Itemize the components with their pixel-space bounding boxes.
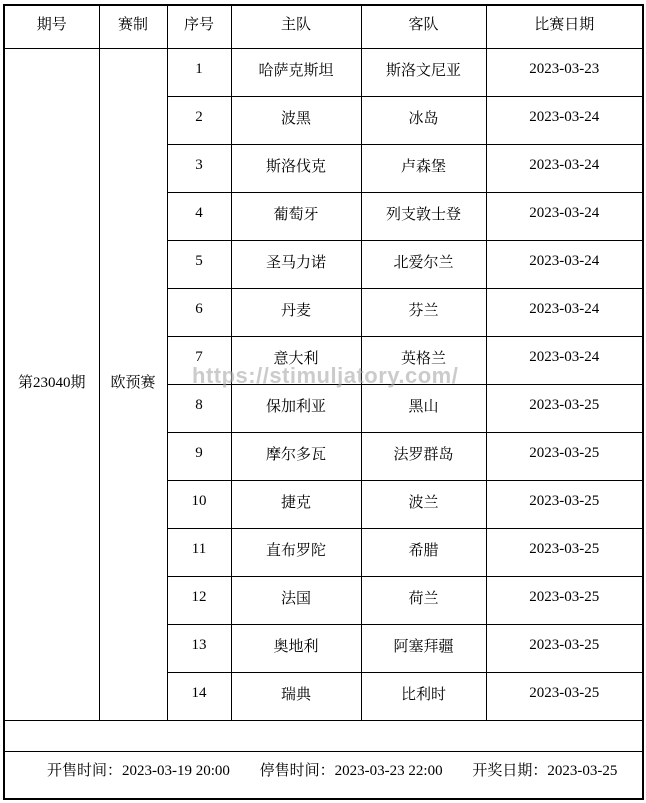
match-date-cell: 2023-03-24: [486, 336, 643, 384]
match-date-cell: 2023-03-25: [486, 624, 643, 672]
seq-cell: 9: [167, 432, 231, 480]
home-team-cell: 丹麦: [231, 288, 361, 336]
table-header-row: 期号 赛制 序号 主队 客队 比赛日期: [4, 5, 643, 48]
away-team-cell: 黑山: [361, 384, 486, 432]
away-team-cell: 斯洛文尼亚: [361, 48, 486, 96]
match-date-cell: 2023-03-24: [486, 144, 643, 192]
home-team-cell: 哈萨克斯坦: [231, 48, 361, 96]
match-date-cell: 2023-03-25: [486, 480, 643, 528]
sale-stop-time: 停售时间：2023-03-23 22:00: [260, 763, 443, 779]
match-date-cell: 2023-03-25: [486, 528, 643, 576]
match-date-cell: 2023-03-25: [486, 672, 643, 720]
home-team-cell: 奥地利: [231, 624, 361, 672]
away-team-cell: 北爱尔兰: [361, 240, 486, 288]
away-team-cell: 阿塞拜疆: [361, 624, 486, 672]
seq-cell: 14: [167, 672, 231, 720]
seq-cell: 8: [167, 384, 231, 432]
footer-row: 开售时间：2023-03-19 20:00 停售时间：2023-03-23 22…: [4, 751, 643, 799]
match-date-cell: 2023-03-24: [486, 240, 643, 288]
away-team-cell: 列支敦士登: [361, 192, 486, 240]
home-team-cell: 直布罗陀: [231, 528, 361, 576]
match-row: 第23040期 欧预赛 1 哈萨克斯坦 斯洛文尼亚 2023-03-23: [4, 48, 643, 96]
header-format: 赛制: [99, 5, 167, 48]
away-team-cell: 荷兰: [361, 576, 486, 624]
home-team-cell: 瑞典: [231, 672, 361, 720]
match-date-cell: 2023-03-25: [486, 432, 643, 480]
home-team-cell: 捷克: [231, 480, 361, 528]
header-period: 期号: [4, 5, 99, 48]
seq-cell: 11: [167, 528, 231, 576]
home-team-cell: 法国: [231, 576, 361, 624]
seq-cell: 7: [167, 336, 231, 384]
home-team-cell: 波黑: [231, 96, 361, 144]
away-team-cell: 法罗群岛: [361, 432, 486, 480]
home-team-cell: 摩尔多瓦: [231, 432, 361, 480]
home-team-cell: 保加利亚: [231, 384, 361, 432]
home-team-cell: 斯洛伐克: [231, 144, 361, 192]
footer-cell: 开售时间：2023-03-19 20:00 停售时间：2023-03-23 22…: [4, 751, 643, 799]
seq-cell: 1: [167, 48, 231, 96]
seq-cell: 4: [167, 192, 231, 240]
header-seq: 序号: [167, 5, 231, 48]
sale-start-time: 开售时间：2023-03-19 20:00: [47, 763, 230, 779]
seq-cell: 2: [167, 96, 231, 144]
home-team-cell: 圣马力诺: [231, 240, 361, 288]
home-team-cell: 意大利: [231, 336, 361, 384]
away-team-cell: 冰岛: [361, 96, 486, 144]
seq-cell: 5: [167, 240, 231, 288]
away-team-cell: 英格兰: [361, 336, 486, 384]
away-team-cell: 芬兰: [361, 288, 486, 336]
match-date-cell: 2023-03-24: [486, 96, 643, 144]
match-schedule-table: 期号 赛制 序号 主队 客队 比赛日期 第23040期 欧预赛 1 哈萨克斯坦 …: [3, 4, 644, 800]
home-team-cell: 葡萄牙: [231, 192, 361, 240]
away-team-cell: 卢森堡: [361, 144, 486, 192]
header-home-team: 主队: [231, 5, 361, 48]
seq-cell: 13: [167, 624, 231, 672]
away-team-cell: 波兰: [361, 480, 486, 528]
draw-date: 开奖日期：2023-03-25: [472, 763, 617, 779]
header-away-team: 客队: [361, 5, 486, 48]
match-date-cell: 2023-03-23: [486, 48, 643, 96]
seq-cell: 12: [167, 576, 231, 624]
spacer-cell: [4, 720, 643, 751]
header-match-date: 比赛日期: [486, 5, 643, 48]
match-date-cell: 2023-03-24: [486, 288, 643, 336]
period-cell: 第23040期: [4, 48, 99, 720]
seq-cell: 3: [167, 144, 231, 192]
away-team-cell: 希腊: [361, 528, 486, 576]
seq-cell: 6: [167, 288, 231, 336]
format-cell: 欧预赛: [99, 48, 167, 720]
away-team-cell: 比利时: [361, 672, 486, 720]
match-date-cell: 2023-03-24: [486, 192, 643, 240]
seq-cell: 10: [167, 480, 231, 528]
spacer-row: [4, 720, 643, 751]
match-date-cell: 2023-03-25: [486, 576, 643, 624]
lottery-schedule-sheet: 期号 赛制 序号 主队 客队 比赛日期 第23040期 欧预赛 1 哈萨克斯坦 …: [3, 4, 644, 800]
match-date-cell: 2023-03-25: [486, 384, 643, 432]
